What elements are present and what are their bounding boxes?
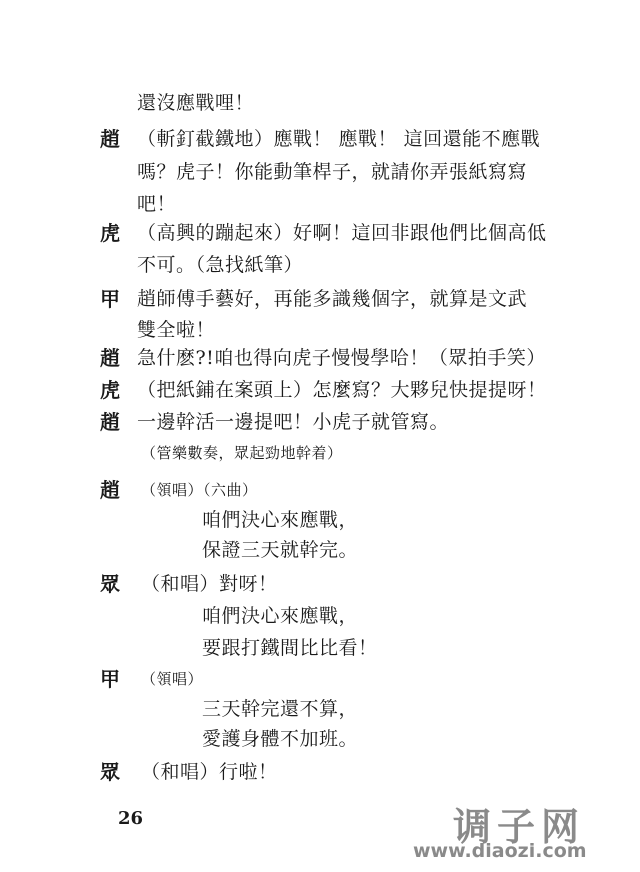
verse-line: 咱們決心來應戰， <box>202 508 358 532</box>
speaker-label: 趙 <box>100 346 120 370</box>
speaker-label: 眾 <box>100 572 120 596</box>
stage-direction: （管樂數奏，眾起勁地幹着） <box>141 441 343 465</box>
text-line: 急什麽?!咱也得向虎子慢慢學哈！（眾拍手笑） <box>137 346 546 370</box>
text-line: 嗎？虎子！你能動筆桿子，就請你弄張紙寫寫 <box>137 160 527 184</box>
speaker-label: 甲 <box>100 287 120 311</box>
watermark-url: www.diaozi.com <box>413 840 587 862</box>
text-line: （高興的蹦起來）好啊！這回非跟他們比個高低 <box>137 221 547 245</box>
verse-line: 保證三天就幹完。 <box>202 538 358 562</box>
text-line: （和唱）行啦！ <box>141 760 278 784</box>
text-line: 雙全啦！ <box>137 318 215 342</box>
text-line: （斬釘截鐵地）應戰！ 應戰！ 這回還能不應戰 <box>137 127 540 151</box>
text-line: 吧！ <box>137 192 176 216</box>
text-line: 還沒應戰哩！ <box>137 91 254 115</box>
page-number: 26 <box>118 808 143 829</box>
text-line: （領唱）（六曲） <box>141 478 258 502</box>
verse-line: 愛護身體不加班。 <box>202 727 358 751</box>
text-line: （領唱） <box>141 667 203 691</box>
text-line: （和唱）對呀！ <box>141 572 278 596</box>
speaker-label: 甲 <box>100 667 120 691</box>
speaker-label: 趙 <box>100 410 120 434</box>
speaker-label: 趙 <box>100 478 120 502</box>
speaker-label: 虎 <box>100 221 120 245</box>
text-line: （把紙鋪在案頭上）怎麼寫？大夥兒快提提呀！ <box>137 378 547 402</box>
speaker-label: 眾 <box>100 760 120 784</box>
verse-line: 咱們決心來應戰， <box>202 604 358 628</box>
speaker-label: 虎 <box>100 378 120 402</box>
text-line: 一邊幹活一邊提吧！小虎子就管寫。 <box>137 410 449 434</box>
text-line: 趙師傅手藝好，再能多識幾個字，就算是文武 <box>137 287 527 311</box>
text-line: 不可。（急找紙筆） <box>137 253 303 277</box>
verse-line: 三天幹完還不算， <box>202 697 358 721</box>
verse-line: 要跟打鐵間比比看！ <box>202 636 378 660</box>
speaker-label: 趙 <box>100 127 120 151</box>
